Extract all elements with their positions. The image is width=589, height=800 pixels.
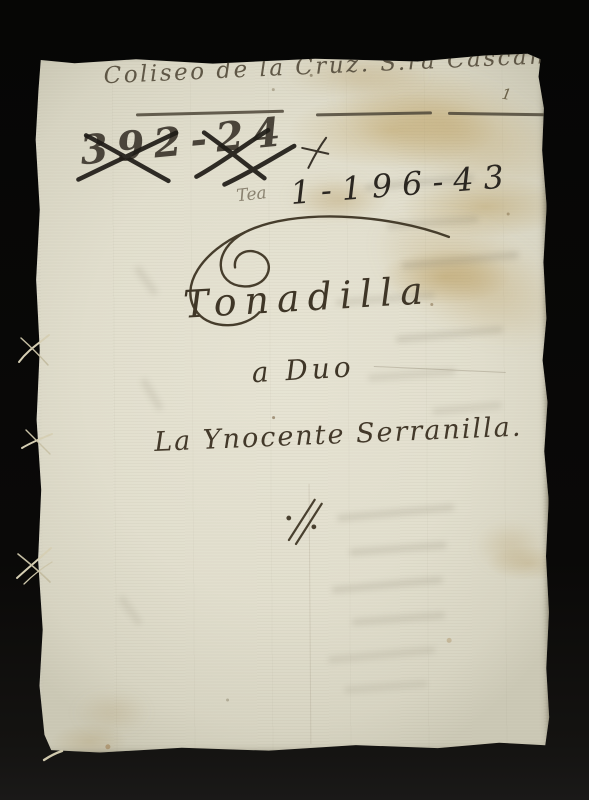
bleedthrough-mark [118,595,143,627]
bleedthrough-line [337,504,455,522]
theater-annotation: Coliseo de la Cruz. S.ra Cascante [103,42,575,89]
title-scoring: a Duo [251,350,356,389]
stain-right-edge [475,520,547,573]
underline-stroke [316,111,432,116]
shelfmark-prefix: Tea [235,183,267,206]
work-title: La Ynocente Serranilla. [154,412,523,458]
manuscript-page: Coliseo de la Cruz. S.ra Cascante 1 392-… [34,52,551,756]
paper-crease [374,366,506,373]
foxing-specks [34,56,37,59]
folio-number: 1 [500,85,512,104]
bleedthrough-line [344,680,428,693]
underline-stroke [448,112,548,116]
bleedthrough-line [368,368,456,382]
binding-thread [42,748,64,764]
stain-bottom-left [74,691,150,734]
bleedthrough-line [349,542,447,556]
bleedthrough-line [328,646,436,663]
manuscript-photo: Coliseo de la Cruz. S.ra Cascante 1 392-… [0,0,589,800]
bleedthrough-line [331,576,443,594]
finis-mark [279,494,329,550]
bleedthrough-line [351,612,445,626]
binding-thread [14,542,54,586]
binding-thread [20,424,54,458]
bleedthrough-mark [140,377,164,412]
binding-thread [16,330,52,370]
